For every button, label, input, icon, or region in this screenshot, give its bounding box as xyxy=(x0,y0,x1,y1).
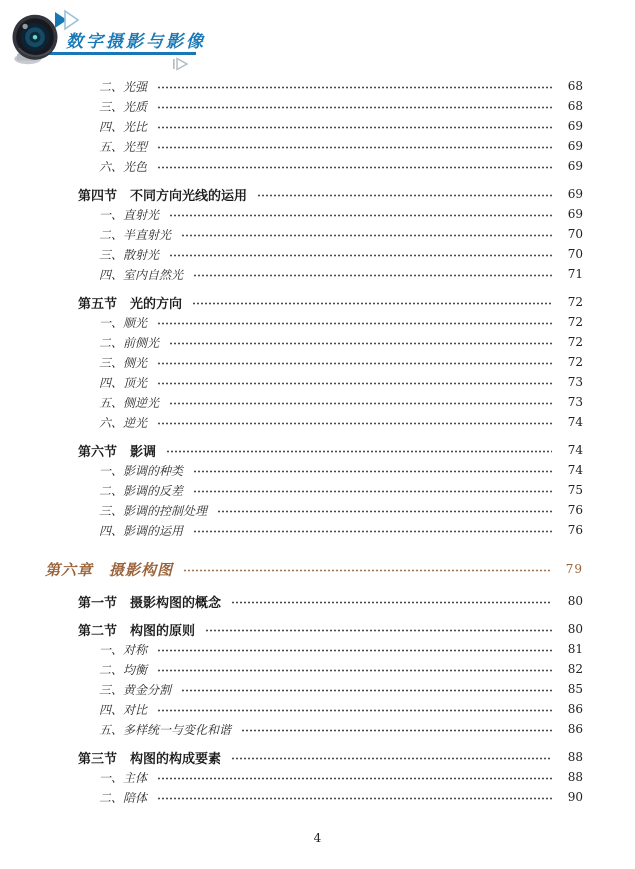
dotted-leader xyxy=(157,136,552,156)
toc-entry: 一、顺光 72 xyxy=(0,312,583,332)
dotted-leader xyxy=(241,719,552,739)
toc-entry-label: 第三节 构图的构成要素 xyxy=(78,748,221,767)
toc-entry-label: 一、影调的种类 xyxy=(99,462,183,479)
dotted-leader xyxy=(157,787,552,807)
toc-entry-label: 第一节 摄影构图的概念 xyxy=(78,592,221,611)
toc-entry-page: 68 xyxy=(557,79,583,93)
toc-entry-page: 72 xyxy=(557,295,583,309)
toc-entry-label: 二、影调的反差 xyxy=(99,482,183,499)
toc-entry-label: 一、主体 xyxy=(99,769,147,786)
toc-entry-page: 69 xyxy=(557,139,583,153)
toc-entry-page: 69 xyxy=(557,119,583,133)
toc-entry: 二、前侧光 72 xyxy=(0,332,583,352)
toc-entry: 一、对称 81 xyxy=(0,639,583,659)
toc-entry: 二、半直射光 70 xyxy=(0,224,583,244)
toc-entry-label: 三、侧光 xyxy=(99,354,147,371)
toc-entry-label: 二、陪体 xyxy=(99,789,147,806)
dotted-leader xyxy=(193,460,552,480)
toc-entry: 二、均衡 82 xyxy=(0,659,583,679)
dotted-leader xyxy=(169,332,552,352)
toc-entry-page: 76 xyxy=(557,523,583,537)
dotted-leader xyxy=(169,204,552,224)
toc-entry: 三、光质 68 xyxy=(0,96,583,116)
toc-entry: 第六节 影调 74 xyxy=(0,440,583,460)
dotted-leader xyxy=(157,76,552,96)
toc-entry-page: 73 xyxy=(557,395,583,409)
dotted-leader xyxy=(231,747,552,767)
toc-entry-page: 76 xyxy=(557,503,583,517)
toc-entry-label: 四、室内自然光 xyxy=(99,266,183,283)
toc-entry: 六、光色 69 xyxy=(0,156,583,176)
toc-entry-label: 二、光强 xyxy=(99,78,147,95)
dotted-leader xyxy=(157,352,552,372)
toc-entry-label: 三、影调的控制处理 xyxy=(99,502,207,519)
dotted-leader xyxy=(157,96,552,116)
toc-entry-label: 三、黄金分割 xyxy=(99,681,171,698)
toc-entry-label: 五、光型 xyxy=(99,138,147,155)
toc-entry-page: 69 xyxy=(557,159,583,173)
toc-entry-label: 五、侧逆光 xyxy=(99,394,159,411)
page-footer: 4 xyxy=(0,831,635,845)
footer-page-number: 4 xyxy=(314,831,322,845)
play-arrow-outline-icon xyxy=(170,56,190,72)
toc-entry-page: 80 xyxy=(557,622,583,636)
dotted-leader xyxy=(157,767,552,787)
toc-entry-label: 第五节 光的方向 xyxy=(78,293,182,312)
toc-entry-page: 70 xyxy=(557,247,583,261)
dotted-leader xyxy=(157,372,552,392)
toc-entry: 第四节 不同方向光线的运用 69 xyxy=(0,184,583,204)
page-header: 数字摄影与影像 xyxy=(0,0,635,76)
toc-entry: 五、多样统一与变化和谐 86 xyxy=(0,719,583,739)
toc-entry-page: 79 xyxy=(557,562,583,576)
toc-entry: 三、影调的控制处理 76 xyxy=(0,500,583,520)
toc-entry-label: 三、光质 xyxy=(99,98,147,115)
toc-entry-label: 四、顶光 xyxy=(99,374,147,391)
toc-entry-page: 72 xyxy=(557,335,583,349)
dotted-leader xyxy=(157,639,552,659)
toc-entry-page: 85 xyxy=(557,682,583,696)
toc-entry: 第五节 光的方向 72 xyxy=(0,292,583,312)
toc-entry: 一、主体 88 xyxy=(0,767,583,787)
dotted-leader xyxy=(157,156,552,176)
toc-entry: 二、陪体 90 xyxy=(0,787,583,807)
toc-entry-label: 一、顺光 xyxy=(99,314,147,331)
toc-entry-page: 88 xyxy=(557,770,583,784)
toc-entry: 四、室内自然光 71 xyxy=(0,264,583,284)
dotted-leader xyxy=(169,392,552,412)
dotted-leader xyxy=(157,699,552,719)
toc-entry-label: 第二节 构图的原则 xyxy=(78,620,195,639)
toc-entry-label: 四、对比 xyxy=(99,701,147,718)
toc-entry-page: 74 xyxy=(557,463,583,477)
toc-entry-page: 68 xyxy=(557,99,583,113)
toc-entry-page: 80 xyxy=(557,594,583,608)
dotted-leader xyxy=(166,440,552,460)
toc-entry-label: 二、均衡 xyxy=(99,661,147,678)
toc-entry: 一、影调的种类 74 xyxy=(0,460,583,480)
toc-entry-label: 六、逆光 xyxy=(99,414,147,431)
dotted-leader xyxy=(183,559,552,579)
toc-entry: 五、侧逆光 73 xyxy=(0,392,583,412)
dotted-leader xyxy=(157,116,552,136)
dotted-leader xyxy=(157,659,552,679)
dotted-leader xyxy=(205,619,552,639)
dotted-leader xyxy=(231,591,552,611)
dotted-leader xyxy=(157,412,552,432)
camera-lens-icon xyxy=(8,12,62,66)
toc-list: 二、光强 68 三、光质 68 四、光比 69 五、光型 69 六、光色 69 … xyxy=(0,76,583,807)
toc-entry-page: 81 xyxy=(557,642,583,656)
toc-entry-page: 74 xyxy=(557,443,583,457)
toc-entry-label: 第六章 摄影构图 xyxy=(45,559,173,580)
dotted-leader xyxy=(257,184,552,204)
toc-entry-page: 70 xyxy=(557,227,583,241)
toc-entry: 四、光比 69 xyxy=(0,116,583,136)
toc-entry-page: 82 xyxy=(557,662,583,676)
dotted-leader xyxy=(181,224,552,244)
toc-entry-page: 74 xyxy=(557,415,583,429)
toc-entry: 四、影调的运用 76 xyxy=(0,520,583,540)
toc-entry-page: 69 xyxy=(557,187,583,201)
toc-entry-page: 71 xyxy=(557,267,583,281)
dotted-leader xyxy=(181,679,552,699)
toc-entry-page: 72 xyxy=(557,315,583,329)
toc-entry-label: 二、半直射光 xyxy=(99,226,171,243)
toc-entry-label: 四、光比 xyxy=(99,118,147,135)
dotted-leader xyxy=(193,480,552,500)
book-title: 数字摄影与影像 xyxy=(66,27,206,52)
toc-entry-label: 一、直射光 xyxy=(99,206,159,223)
toc-entry: 二、光强 68 xyxy=(0,76,583,96)
toc-entry: 二、影调的反差 75 xyxy=(0,480,583,500)
toc-entry: 五、光型 69 xyxy=(0,136,583,156)
toc-entry: 三、侧光 72 xyxy=(0,352,583,372)
toc-entry-page: 86 xyxy=(557,722,583,736)
dotted-leader xyxy=(157,312,552,332)
dotted-leader xyxy=(192,292,552,312)
title-underline xyxy=(47,52,196,55)
toc-entry: 三、黄金分割 85 xyxy=(0,679,583,699)
toc-entry-label: 五、多样统一与变化和谐 xyxy=(99,721,231,738)
toc-entry: 四、顶光 73 xyxy=(0,372,583,392)
dotted-leader xyxy=(169,244,552,264)
toc-entry-page: 86 xyxy=(557,702,583,716)
toc-entry-label: 四、影调的运用 xyxy=(99,522,183,539)
toc-entry: 一、直射光 69 xyxy=(0,204,583,224)
toc-entry-label: 一、对称 xyxy=(99,641,147,658)
toc-entry-page: 72 xyxy=(557,355,583,369)
toc-entry: 第一节 摄影构图的概念 80 xyxy=(0,591,583,611)
toc-entry-label: 第四节 不同方向光线的运用 xyxy=(78,185,247,204)
toc-entry: 第三节 构图的构成要素 88 xyxy=(0,747,583,767)
toc-entry: 第二节 构图的原则 80 xyxy=(0,619,583,639)
toc-entry-label: 三、散射光 xyxy=(99,246,159,263)
dotted-leader xyxy=(193,264,552,284)
toc-entry: 六、逆光 74 xyxy=(0,412,583,432)
toc-entry-page: 90 xyxy=(557,790,583,804)
toc-entry: 第六章 摄影构图 79 xyxy=(0,559,583,579)
toc-entry-page: 75 xyxy=(557,483,583,497)
toc-entry-page: 73 xyxy=(557,375,583,389)
book-page: 数字摄影与影像 二、光强 68 三、光质 68 四、光比 69 五、光型 69 … xyxy=(0,0,635,869)
dotted-leader xyxy=(193,520,552,540)
toc-entry: 四、对比 86 xyxy=(0,699,583,719)
toc-entry-label: 二、前侧光 xyxy=(99,334,159,351)
toc-entry-label: 第六节 影调 xyxy=(78,441,156,460)
toc-entry-label: 六、光色 xyxy=(99,158,147,175)
toc-entry: 三、散射光 70 xyxy=(0,244,583,264)
toc-entry-page: 69 xyxy=(557,207,583,221)
toc-entry-page: 88 xyxy=(557,750,583,764)
dotted-leader xyxy=(217,500,552,520)
